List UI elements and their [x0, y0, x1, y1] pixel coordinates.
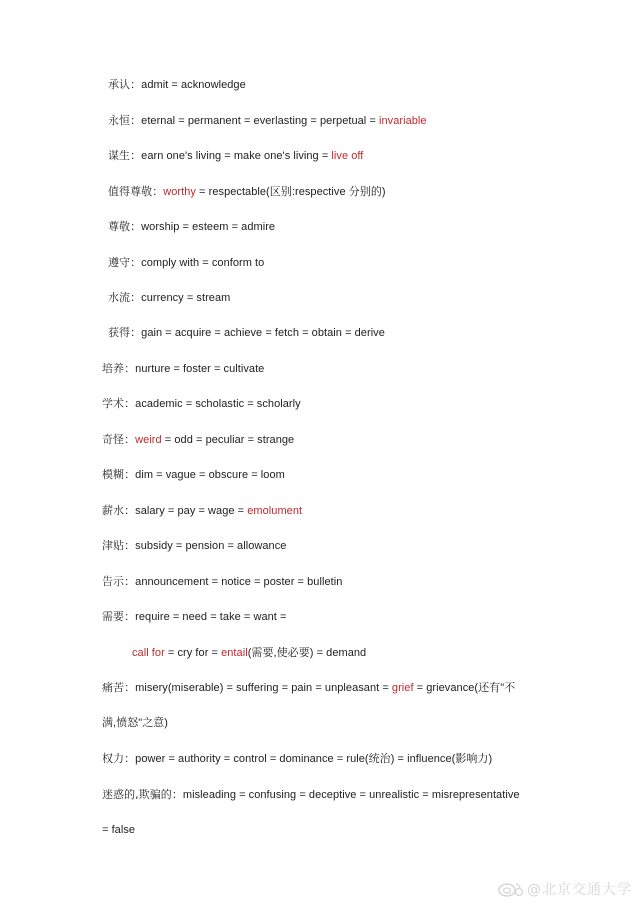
- synonym-text: = false: [102, 824, 135, 836]
- highlighted-synonym: worthy: [163, 186, 196, 198]
- highlighted-synonym: entail: [221, 647, 248, 659]
- chinese-term: 痛苦：: [102, 681, 135, 694]
- vocab-line: 痛苦：misery(miserable) = suffering = pain …: [102, 681, 515, 695]
- chinese-term: 模糊：: [102, 468, 135, 481]
- synonym-text: dim = vague = obscure = loom: [135, 469, 285, 481]
- weibo-logo-icon: [498, 881, 524, 897]
- synonym-text: nurture = foster = cultivate: [135, 363, 264, 375]
- watermark: @北京交通大学: [498, 879, 632, 899]
- highlighted-synonym: emolument: [247, 505, 302, 517]
- highlighted-synonym: call for: [132, 647, 165, 659]
- highlighted-synonym: live off: [331, 150, 363, 162]
- vocab-line: 津贴：subsidy = pension = allowance: [102, 539, 286, 553]
- vocab-line: call for = cry for = entail(需要,使必要) = de…: [132, 646, 366, 660]
- synonym-text: 满,愤怒"之意): [102, 717, 168, 729]
- vocab-line: 需要：require = need = take = want =: [102, 610, 286, 624]
- chinese-term: 遵守：: [108, 256, 141, 269]
- chinese-term: 奇怪：: [102, 433, 135, 446]
- chinese-term: 水流：: [108, 291, 141, 304]
- highlighted-synonym: invariable: [379, 115, 427, 127]
- synonym-text: academic = scholastic = scholarly: [135, 398, 301, 410]
- synonym-text: gain = acquire = achieve = fetch = obtai…: [141, 327, 385, 339]
- highlighted-synonym: weird: [135, 434, 162, 446]
- vocab-line: 满,愤怒"之意): [102, 716, 168, 730]
- vocab-line: 奇怪：weird = odd = peculiar = strange: [102, 433, 294, 447]
- synonym-text: earn one's living = make one's living =: [141, 150, 331, 162]
- synonym-text: misery(miserable) = suffering = pain = u…: [135, 682, 392, 694]
- watermark-text: @北京交通大学: [527, 879, 632, 899]
- vocab-line: 永恒：eternal = permanent = everlasting = p…: [108, 114, 427, 128]
- synonym-text: = grievance(还有"不: [414, 682, 516, 694]
- vocab-line: 尊敬：worship = esteem = admire: [108, 220, 275, 234]
- vocab-line: 学术：academic = scholastic = scholarly: [102, 397, 301, 411]
- vocab-line: 模糊：dim = vague = obscure = loom: [102, 468, 285, 482]
- chinese-term: 尊敬：: [108, 220, 141, 233]
- chinese-term: 迷惑的,欺骗的：: [102, 788, 183, 801]
- chinese-term: 承认：: [108, 78, 141, 91]
- chinese-term: 学术：: [102, 397, 135, 410]
- synonym-text: misleading = confusing = deceptive = unr…: [183, 789, 520, 801]
- synonym-text: = odd = peculiar = strange: [162, 434, 295, 446]
- chinese-term: 告示：: [102, 575, 135, 588]
- synonym-text: salary = pay = wage =: [135, 505, 247, 517]
- vocab-line: 告示：announcement = notice = poster = bull…: [102, 575, 342, 589]
- vocab-line: 迷惑的,欺骗的：misleading = confusing = decepti…: [102, 788, 520, 802]
- chinese-term: 永恒：: [108, 114, 141, 127]
- chinese-term: 获得：: [108, 326, 141, 339]
- chinese-term: 谋生：: [108, 149, 141, 162]
- synonym-text: require = need = take = want =: [135, 611, 286, 623]
- vocab-line: 谋生：earn one's living = make one's living…: [108, 149, 363, 163]
- vocab-line: 权力：power = authority = control = dominan…: [102, 752, 492, 766]
- synonym-text: power = authority = control = dominance …: [135, 753, 492, 765]
- chinese-term: 津贴：: [102, 539, 135, 552]
- highlighted-synonym: grief: [392, 682, 414, 694]
- chinese-term: 需要：: [102, 610, 135, 623]
- synonym-text: currency = stream: [141, 292, 230, 304]
- chinese-term: 权力：: [102, 752, 135, 765]
- synonym-text: = respectable(区别:respective 分别的): [196, 186, 386, 198]
- vocab-line: 获得：gain = acquire = achieve = fetch = ob…: [108, 326, 385, 340]
- synonym-text: (需要,使必要) = demand: [248, 647, 367, 659]
- vocab-line: 遵守：comply with = conform to: [108, 256, 264, 270]
- synonym-text: comply with = conform to: [141, 257, 264, 269]
- vocab-line: 培养：nurture = foster = cultivate: [102, 362, 264, 376]
- synonym-text: admit = acknowledge: [141, 79, 246, 91]
- vocab-line: 水流：currency = stream: [108, 291, 230, 305]
- chinese-term: 薪水：: [102, 504, 135, 517]
- synonym-text: announcement = notice = poster = bulleti…: [135, 576, 342, 588]
- chinese-term: 培养：: [102, 362, 135, 375]
- vocab-line: 值得尊敬：worthy = respectable(区别:respective …: [108, 185, 386, 199]
- vocab-line: 薪水：salary = pay = wage = emolument: [102, 504, 302, 518]
- synonym-text: subsidy = pension = allowance: [135, 540, 286, 552]
- synonym-text: worship = esteem = admire: [141, 221, 275, 233]
- synonym-text: eternal = permanent = everlasting = perp…: [141, 115, 379, 127]
- chinese-term: 值得尊敬：: [108, 185, 163, 198]
- vocab-line: = false: [102, 823, 135, 837]
- synonym-text: = cry for =: [165, 647, 221, 659]
- vocab-line: 承认：admit = acknowledge: [108, 78, 246, 92]
